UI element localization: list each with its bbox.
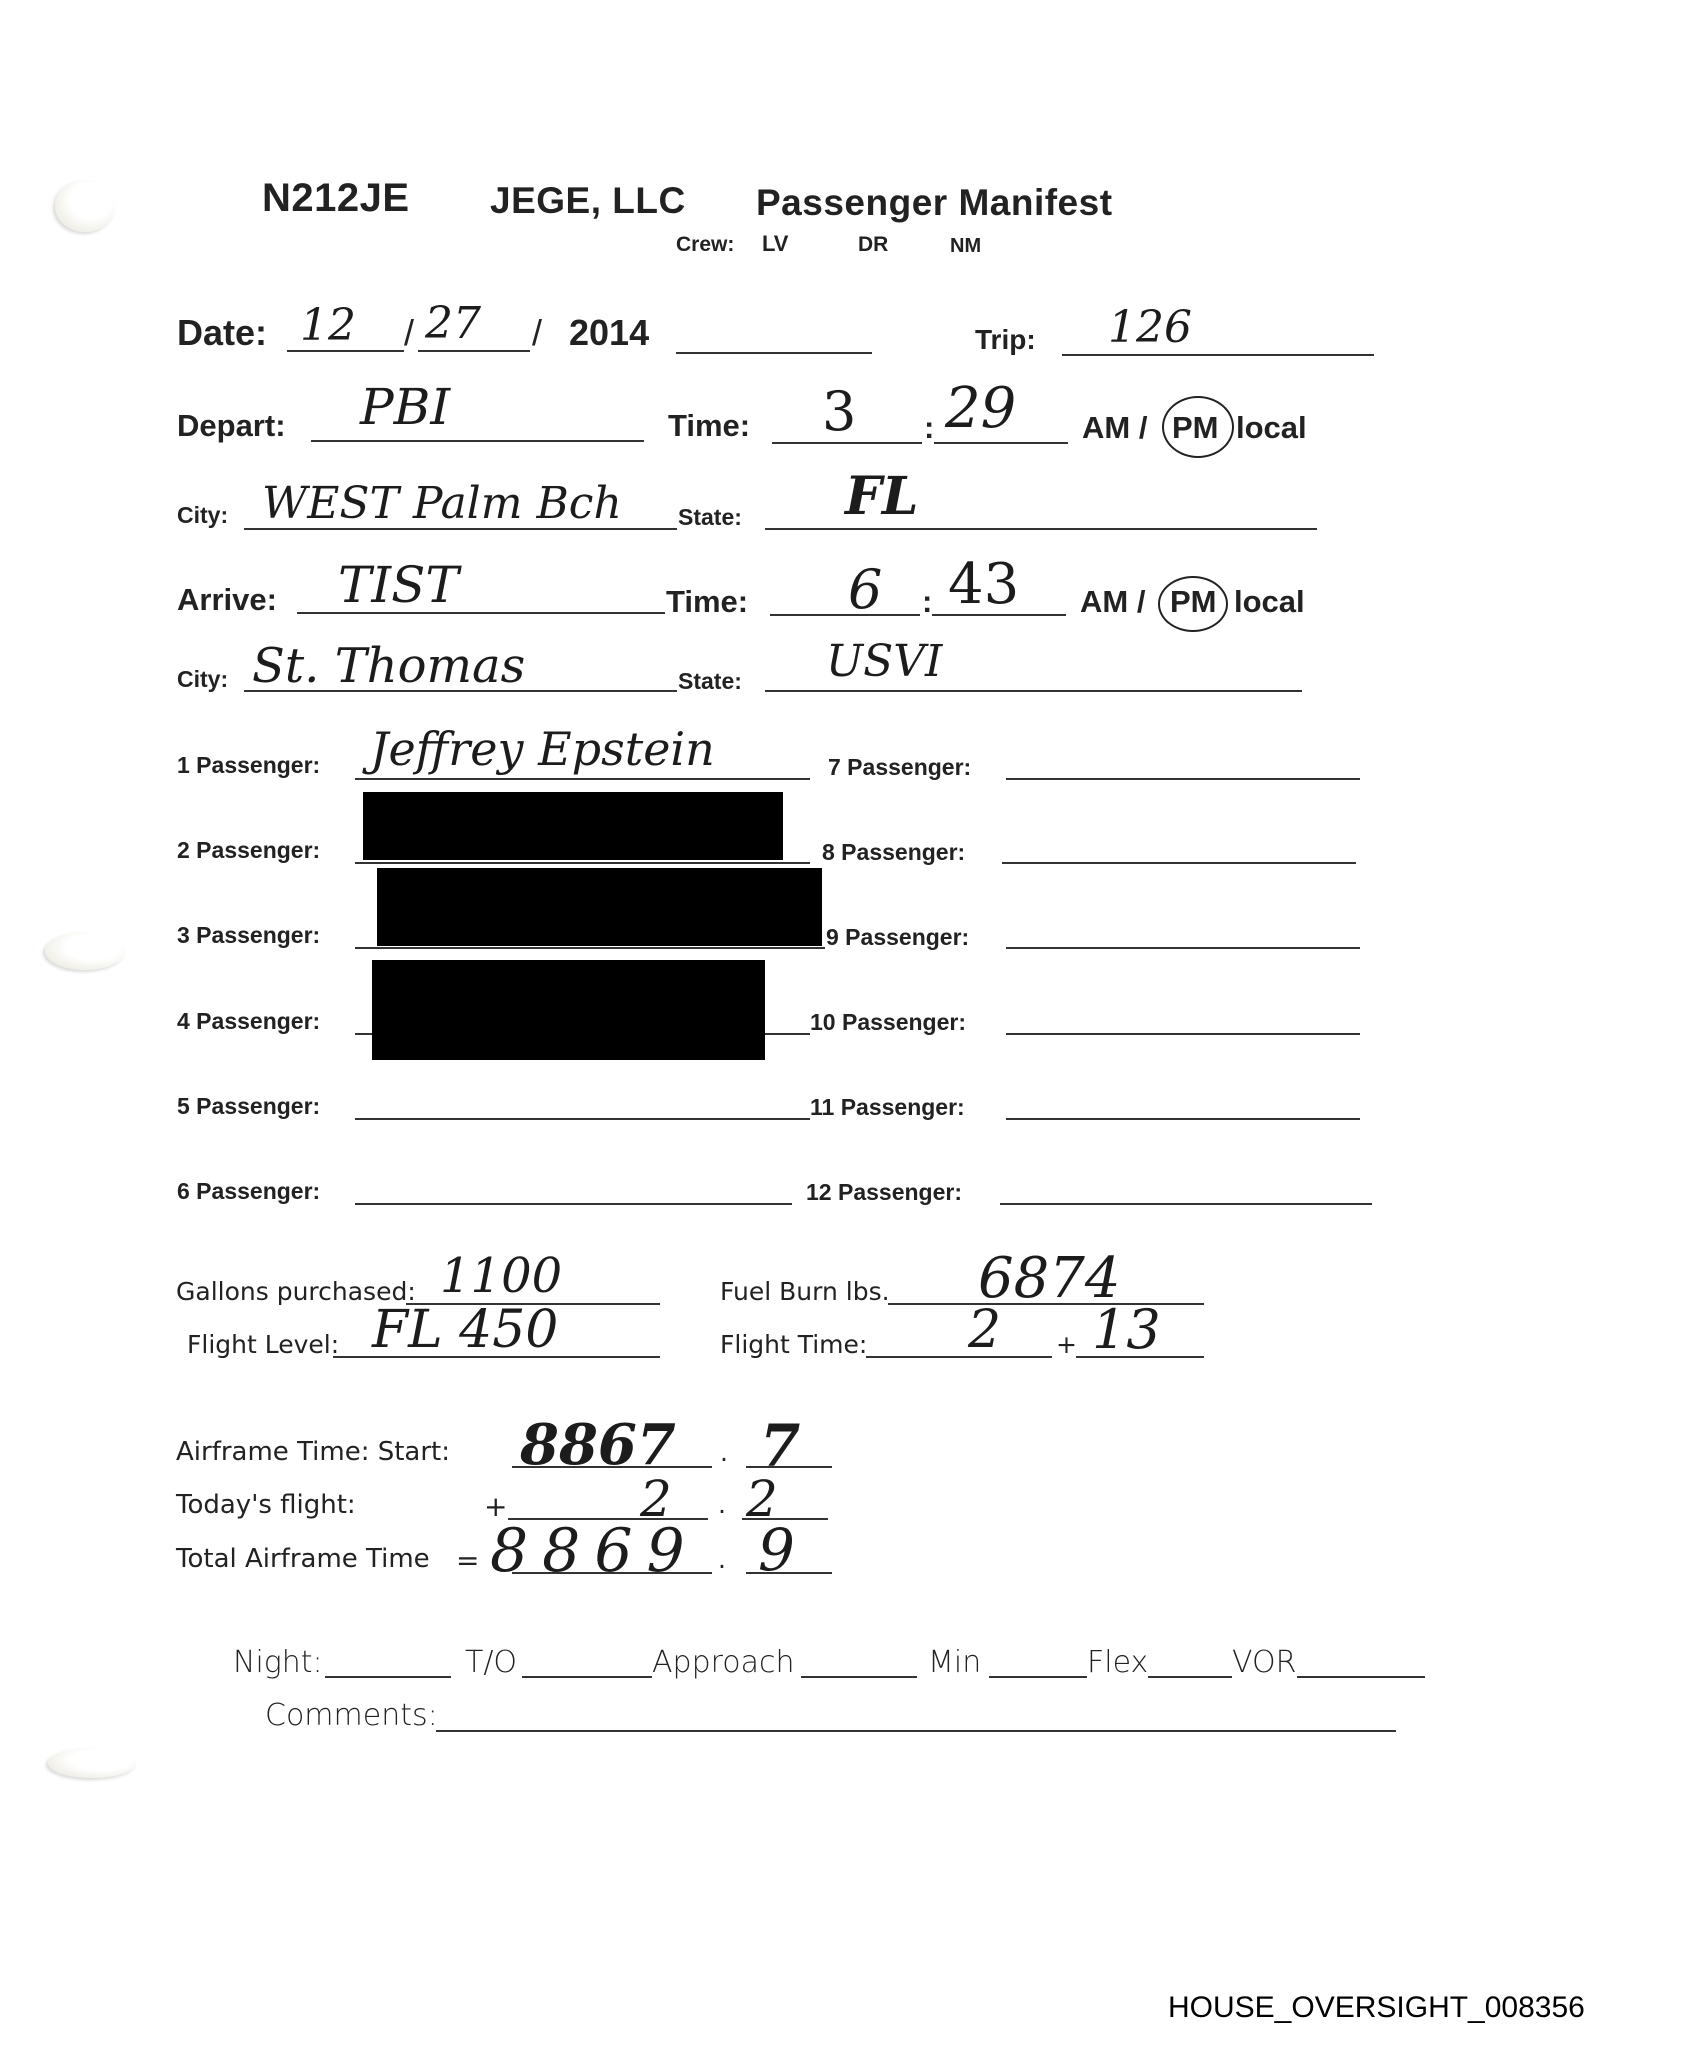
depart-airport-field[interactable] xyxy=(311,440,644,442)
passenger-8-label: 8 Passenger: xyxy=(822,839,965,866)
approach-label: Approach xyxy=(652,1645,795,1680)
depart-city-label: City: xyxy=(177,502,228,529)
date-day-field[interactable] xyxy=(418,350,530,352)
vor-field[interactable] xyxy=(1297,1676,1425,1678)
date-sep-1: / xyxy=(404,312,414,354)
depart-local-label: local xyxy=(1236,410,1307,446)
night-label: Night: xyxy=(233,1645,323,1680)
todays-flight-decimal: . xyxy=(718,1490,726,1519)
passenger-10-field[interactable] xyxy=(1006,1033,1360,1035)
arrive-airport-value: TIST xyxy=(338,556,459,614)
trip-number-field[interactable] xyxy=(1062,354,1374,356)
flight-time-label: Flight Time: xyxy=(720,1330,867,1359)
flight-level-value: FL 450 xyxy=(372,1300,558,1360)
form-title: Passenger Manifest xyxy=(756,182,1113,224)
arrive-local-label: local xyxy=(1234,584,1305,620)
date-sep-2: / xyxy=(532,312,542,354)
crew-member-1: LV xyxy=(762,231,788,257)
punch-hole-middle xyxy=(45,932,125,970)
total-airframe-label: Total Airframe Time xyxy=(176,1544,430,1574)
depart-am-label[interactable]: AM / xyxy=(1082,410,1147,446)
passenger-2-label: 2 Passenger: xyxy=(177,837,320,864)
depart-state-field[interactable] xyxy=(765,528,1317,530)
crew-label: Crew: xyxy=(676,233,734,257)
vor-label: VOR xyxy=(1232,1645,1296,1680)
takeoff-label: T/O xyxy=(465,1645,517,1680)
arrive-state-value: USVI xyxy=(826,636,942,687)
airframe-start-whole-value: 8867 xyxy=(520,1412,676,1478)
passenger-1-label: 1 Passenger: xyxy=(177,752,320,779)
airframe-start-label: Airframe Time: Start: xyxy=(176,1437,450,1467)
passenger-1-field[interactable] xyxy=(355,778,810,780)
company-name: JEGE, LLC xyxy=(490,180,686,222)
trip-number-value: 126 xyxy=(1108,302,1192,353)
todays-flight-label: Today's flight: xyxy=(176,1490,356,1520)
arrive-time-colon: : xyxy=(922,584,932,620)
punch-hole-bottom xyxy=(48,1748,136,1778)
crew-member-3: NM xyxy=(950,235,981,258)
arrive-am-label[interactable]: AM / xyxy=(1080,584,1145,620)
passenger-12-field[interactable] xyxy=(1000,1203,1372,1205)
depart-time-label: Time: xyxy=(668,408,750,444)
flight-time-hours-field[interactable] xyxy=(866,1356,1052,1358)
depart-city-value: WEST Palm Bch xyxy=(262,478,622,529)
punch-hole-top xyxy=(55,180,115,232)
takeoff-field[interactable] xyxy=(522,1676,652,1678)
crew-member-2: DR xyxy=(858,233,888,257)
comments-field[interactable] xyxy=(436,1730,1396,1732)
arrive-pm-selected-circle xyxy=(1158,576,1228,632)
total-airframe-equals: = xyxy=(456,1544,479,1577)
arrive-hour-value: 6 xyxy=(848,558,882,621)
trip-label: Trip: xyxy=(975,324,1036,356)
flight-time-hours-value: 2 xyxy=(968,1300,1001,1360)
depart-state-label: State: xyxy=(678,504,742,531)
passenger-3-redaction xyxy=(377,868,822,946)
date-year: 2014 xyxy=(569,312,649,354)
passenger-11-label: 11 Passenger: xyxy=(810,1094,965,1121)
total-airframe-decimal: . xyxy=(718,1545,726,1574)
passenger-2-field[interactable] xyxy=(355,862,810,864)
arrive-city-value: St. Thomas xyxy=(252,638,525,694)
min-field[interactable] xyxy=(989,1676,1087,1678)
arrive-hour-field[interactable] xyxy=(770,614,920,616)
arrive-minute-value: 43 xyxy=(948,552,1019,617)
passenger-4-label: 4 Passenger: xyxy=(177,1008,320,1035)
depart-label: Depart: xyxy=(177,408,286,444)
arrive-label: Arrive: xyxy=(177,582,277,618)
date-month-value: 12 xyxy=(300,300,356,351)
passenger-3-field[interactable] xyxy=(355,947,825,949)
passenger-6-field[interactable] xyxy=(355,1203,792,1205)
passenger-9-label: 9 Passenger: xyxy=(826,924,969,951)
depart-time-colon: : xyxy=(924,410,934,446)
arrive-time-label: Time: xyxy=(666,584,748,620)
depart-minute-field[interactable] xyxy=(934,442,1068,444)
tail-number: N212JE xyxy=(262,176,410,221)
arrive-state-label: State: xyxy=(678,668,742,695)
comments-label: Comments: xyxy=(265,1698,438,1733)
bates-number: HOUSE_OVERSIGHT_008356 xyxy=(1168,1991,1585,2025)
fuel-burn-label: Fuel Burn lbs. xyxy=(720,1277,890,1306)
depart-airport-value: PBI xyxy=(360,378,450,436)
flight-time-plus: + xyxy=(1056,1330,1077,1359)
depart-minute-value: 29 xyxy=(945,376,1016,441)
passenger-11-field[interactable] xyxy=(1006,1118,1360,1120)
passenger-2-redaction xyxy=(363,792,783,860)
passenger-6-label: 6 Passenger: xyxy=(177,1178,320,1205)
min-label: Min xyxy=(928,1645,981,1680)
flex-field[interactable] xyxy=(1148,1676,1232,1678)
passenger-3-label: 3 Passenger: xyxy=(177,922,320,949)
date-extra-field[interactable] xyxy=(676,352,872,354)
airframe-start-decimal: . xyxy=(720,1438,728,1467)
flight-level-label: Flight Level: xyxy=(187,1330,339,1359)
passenger-7-label: 7 Passenger: xyxy=(828,754,971,781)
depart-state-value: FL xyxy=(845,466,918,527)
depart-hour-value: 3 xyxy=(822,380,856,443)
passenger-7-field[interactable] xyxy=(1006,778,1360,780)
depart-pm-selected-circle xyxy=(1162,396,1234,458)
date-label: Date: xyxy=(177,312,267,354)
passenger-8-field[interactable] xyxy=(1002,862,1356,864)
arrive-state-field[interactable] xyxy=(765,690,1302,692)
passenger-5-field[interactable] xyxy=(355,1118,810,1120)
flight-time-minutes-value: 13 xyxy=(1092,1298,1161,1361)
arrive-city-label: City: xyxy=(177,666,228,693)
passenger-5-label: 5 Passenger: xyxy=(177,1093,320,1120)
passenger-4-redaction xyxy=(372,960,765,1060)
passenger-12-label: 12 Passenger: xyxy=(806,1179,962,1206)
total-airframe-tenths-value: 9 xyxy=(758,1516,795,1584)
gallons-value: 1100 xyxy=(440,1248,562,1304)
passenger-9-field[interactable] xyxy=(1006,947,1360,949)
passenger-1-name: Jeffrey Epstein xyxy=(370,722,715,776)
approach-field[interactable] xyxy=(801,1676,917,1678)
flex-label: Flex xyxy=(1087,1645,1148,1680)
night-field[interactable] xyxy=(325,1676,451,1678)
date-day-value: 27 xyxy=(425,298,481,349)
total-airframe-whole-value: 8869 xyxy=(490,1516,699,1586)
passenger-10-label: 10 Passenger: xyxy=(810,1009,966,1036)
